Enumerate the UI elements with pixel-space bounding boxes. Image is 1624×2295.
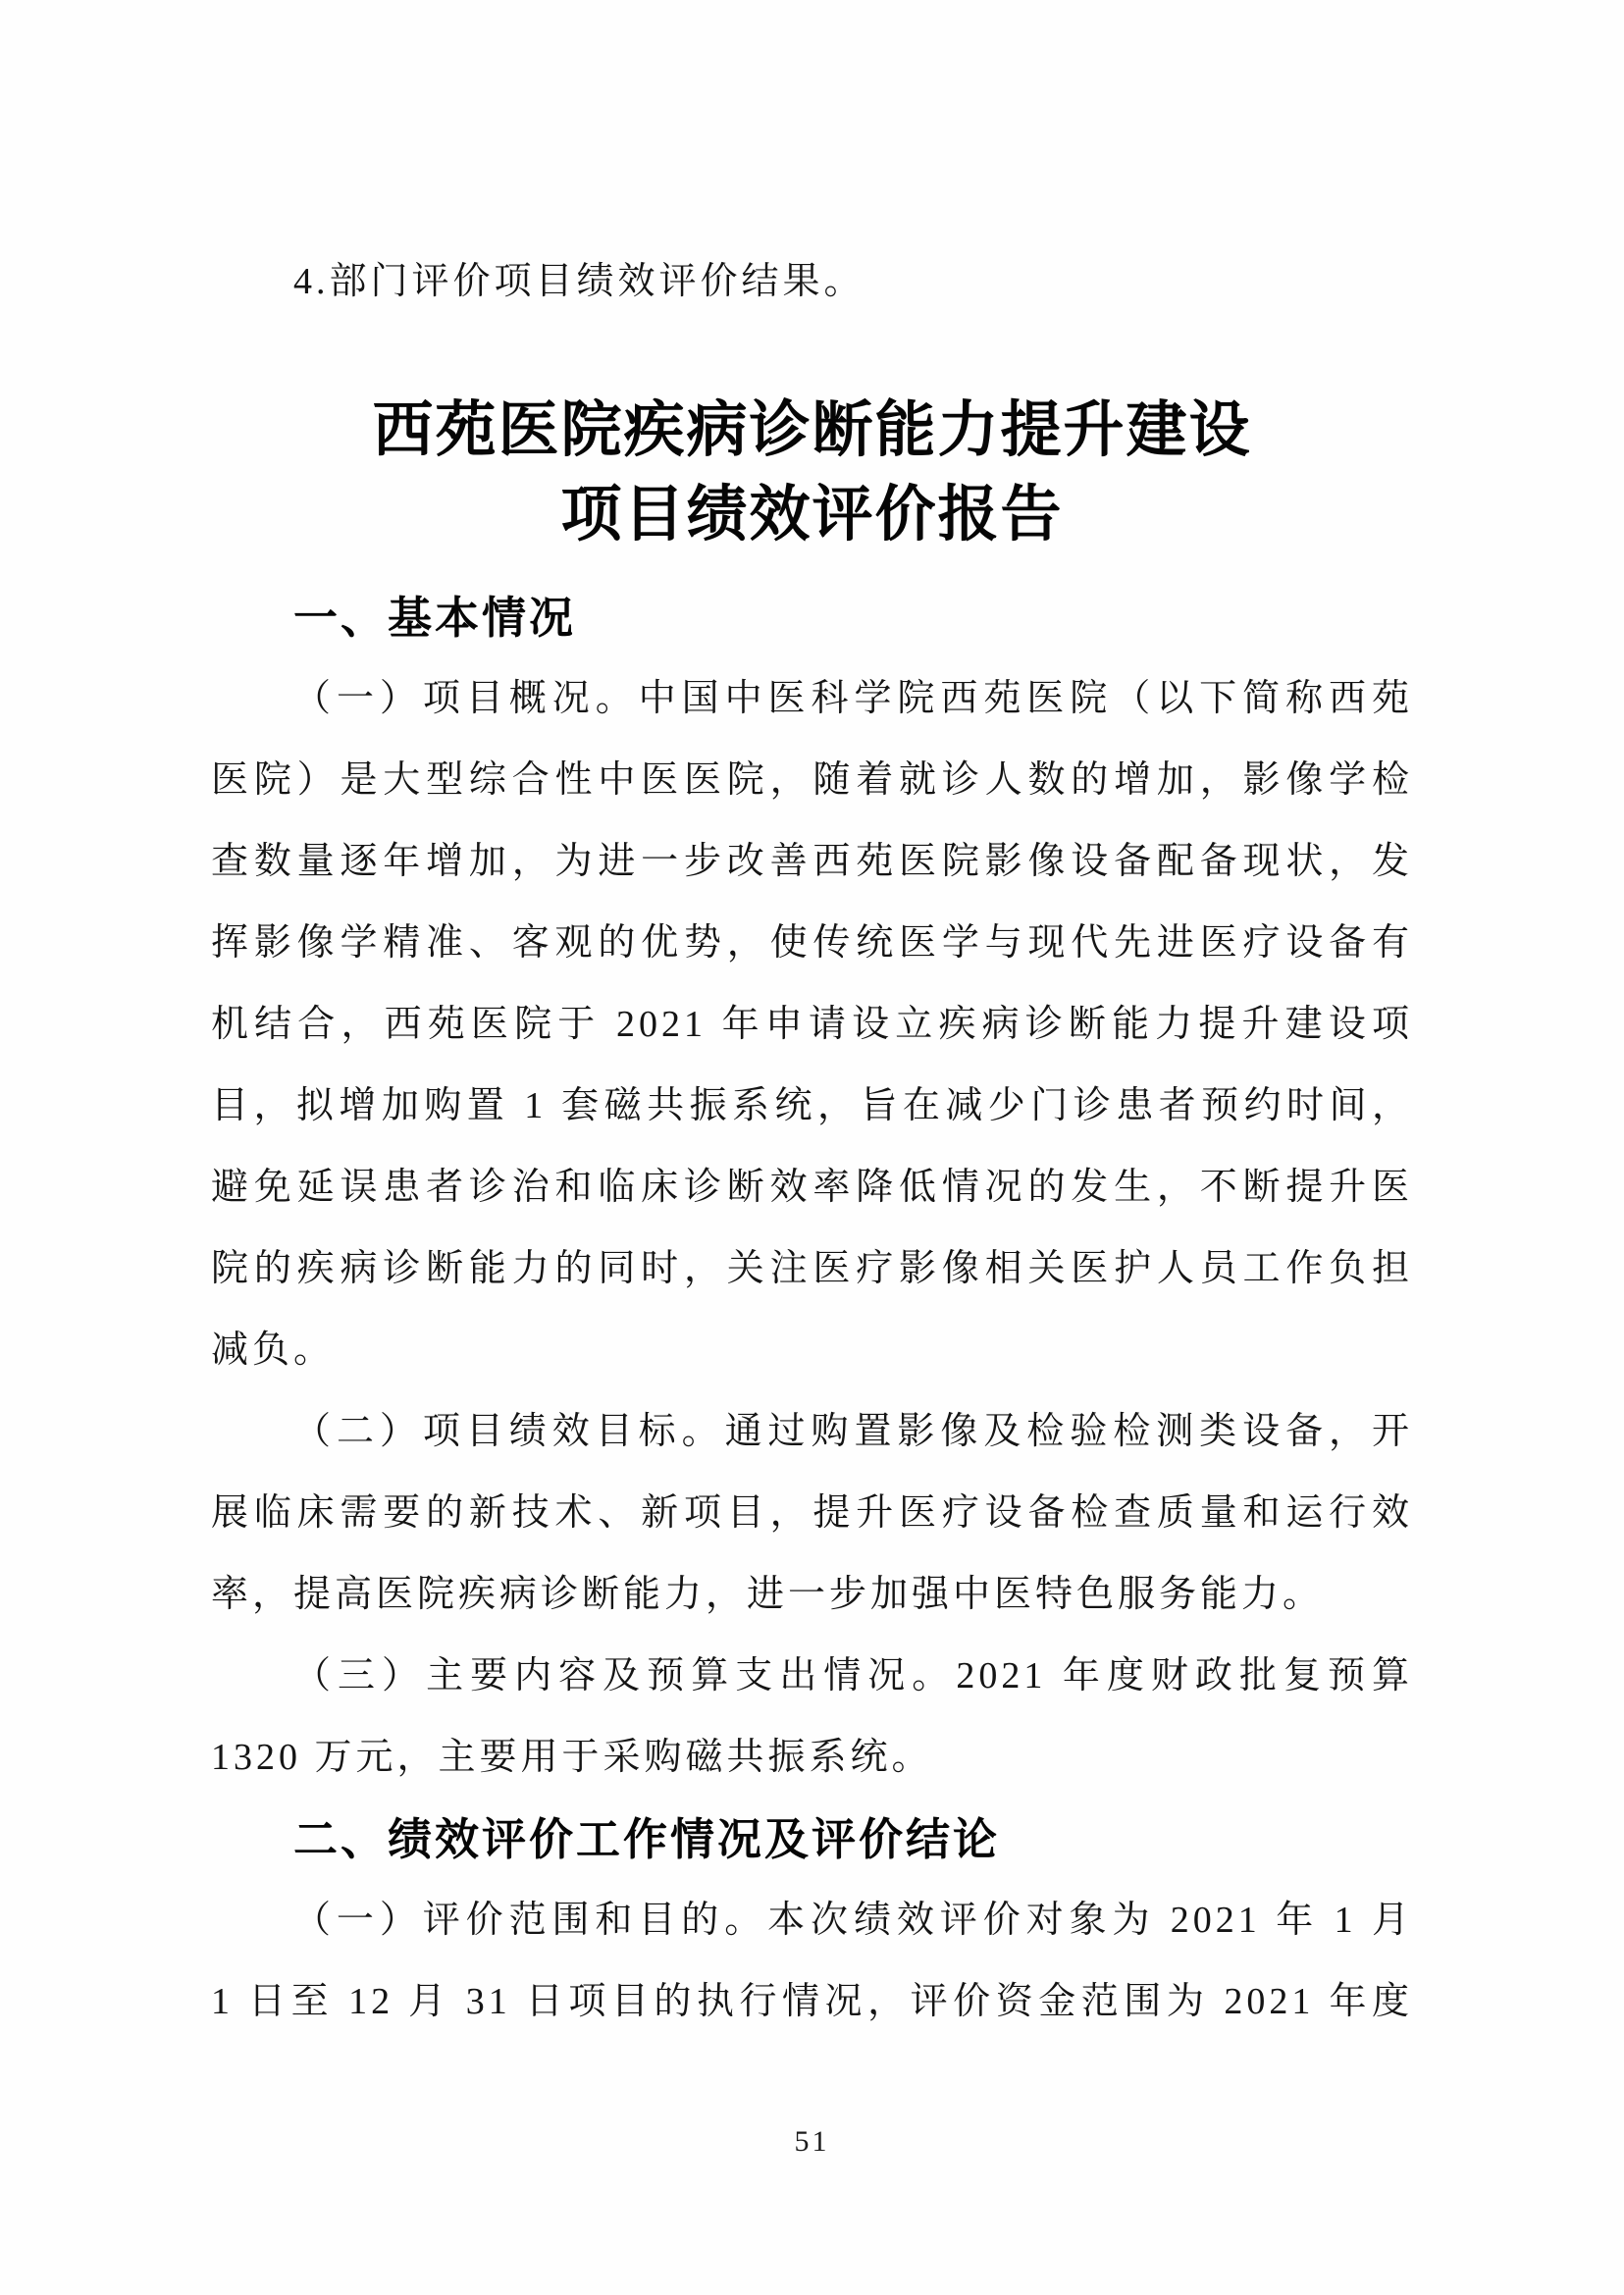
text-line: 院的疾病诊断能力的同时，关注医疗影像相关医护人员工作负担 — [211, 1228, 1413, 1310]
text-line: 1320 万元，主要用于采购磁共振系统。 — [211, 1717, 1413, 1799]
numbered-item-4: 4.部门评价项目绩效评价结果。 — [211, 241, 1413, 323]
page-content: 4.部门评价项目绩效评价结果。 西苑医院疾病诊断能力提升建设 项目绩效评价报告 … — [211, 241, 1413, 2043]
section2-heading: 二、绩效评价工作情况及评价结论 — [211, 1799, 1413, 1880]
report-title: 西苑医院疾病诊断能力提升建设 项目绩效评价报告 — [211, 389, 1413, 557]
text-line: 展临床需要的新技术、新项目，提升医疗设备检查质量和运行效 — [211, 1473, 1413, 1554]
text-line: （三）主要内容及预算支出情况。2021 年度财政批复预算 — [211, 1636, 1413, 1717]
text-line: （一）项目概况。中国中医科学院西苑医院（以下简称西苑 — [211, 658, 1413, 740]
text-line: 医院）是大型综合性中医医院，随着就诊人数的增加，影像学检 — [211, 740, 1413, 821]
text-line: 目，拟增加购置 1 套磁共振系统，旨在减少门诊患者预约时间， — [211, 1066, 1413, 1147]
section1-paragraph-goals: （二）项目绩效目标。通过购置影像及检验检测类设备，开展临床需要的新技术、新项目，… — [211, 1391, 1413, 1636]
page-number: 51 — [0, 2125, 1624, 2159]
text-line: （二）项目绩效目标。通过购置影像及检验检测类设备，开 — [211, 1391, 1413, 1473]
text-line: 挥影像学精准、客观的优势，使传统医学与现代先进医疗设备有 — [211, 903, 1413, 984]
text-line: 避免延误患者诊治和临床诊断效率降低情况的发生，不断提升医 — [211, 1147, 1413, 1228]
section1-heading: 一、基本情况 — [211, 577, 1413, 658]
text-line: （一）评价范围和目的。本次绩效评价对象为 2021 年 1 月 — [211, 1880, 1413, 1961]
text-line: 减负。 — [211, 1310, 1413, 1391]
section1-paragraph-budget: （三）主要内容及预算支出情况。2021 年度财政批复预算1320 万元，主要用于… — [211, 1636, 1413, 1799]
report-title-line2: 项目绩效评价报告 — [211, 473, 1413, 557]
section2-paragraph-scope: （一）评价范围和目的。本次绩效评价对象为 2021 年 1 月1 日至 12 月… — [211, 1880, 1413, 2043]
text-line: 率，提高医院疾病诊断能力，进一步加强中医特色服务能力。 — [211, 1554, 1413, 1636]
report-title-line1: 西苑医院疾病诊断能力提升建设 — [211, 389, 1413, 473]
text-line: 机结合，西苑医院于 2021 年申请设立疾病诊断能力提升建设项 — [211, 984, 1413, 1066]
section1-paragraph-overview: （一）项目概况。中国中医科学院西苑医院（以下简称西苑医院）是大型综合性中医医院，… — [211, 658, 1413, 1391]
text-line: 1 日至 12 月 31 日项目的执行情况，评价资金范围为 2021 年度 — [211, 1961, 1413, 2043]
text-line: 查数量逐年增加，为进一步改善西苑医院影像设备配备现状，发 — [211, 821, 1413, 903]
document-page: 4.部门评价项目绩效评价结果。 西苑医院疾病诊断能力提升建设 项目绩效评价报告 … — [0, 0, 1624, 2295]
